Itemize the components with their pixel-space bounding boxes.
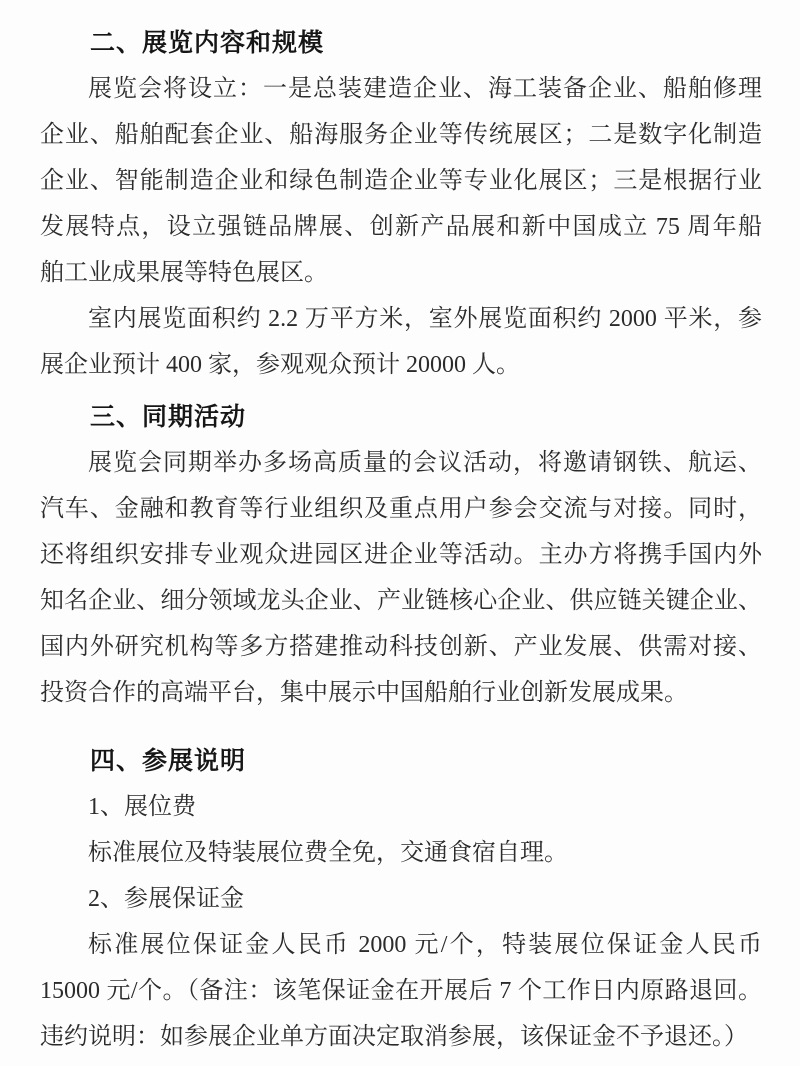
section-heading-exhibition-instructions: 四、参展说明 bbox=[40, 738, 762, 784]
paragraph-line: 展览会将设立：一是总装建造企业、海工装备企业、船舶修理 bbox=[40, 66, 762, 112]
paragraph-line: 还将组织安排专业观众进园区进企业等活动。主办方将携手国内外 bbox=[40, 532, 762, 578]
section-heading-concurrent-activities: 三、同期活动 bbox=[40, 394, 762, 440]
paragraph-line: 企业、智能制造企业和绿色制造企业等专业化展区；三是根据行业 bbox=[40, 158, 762, 204]
list-item-booth-fee: 1、展位费 bbox=[40, 784, 762, 830]
paragraph-line: 展览会同期举办多场高质量的会议活动，将邀请钢铁、航运、 bbox=[40, 440, 762, 486]
paragraph-line: 舶工业成果展等特色展区。 bbox=[40, 250, 762, 296]
paragraph-line: 投资合作的高端平台，集中展示中国船舶行业创新发展成果。 bbox=[40, 670, 762, 716]
paragraph-line: 室内展览面积约 2.2 万平方米，室外展览面积约 2000 平米，参 bbox=[40, 296, 762, 342]
paragraph-line: 企业、船舶配套企业、船海服务企业等传统展区；二是数字化制造 bbox=[40, 112, 762, 158]
paragraph-line: 展企业预计 400 家，参观观众预计 20000 人。 bbox=[40, 342, 762, 388]
paragraph-line: 国内外研究机构等多方搭建推动科技创新、产业发展、供需对接、 bbox=[40, 624, 762, 670]
paragraph-line: 知名企业、细分领域龙头企业、产业链核心企业、供应链关键企业、 bbox=[40, 578, 762, 624]
document-page: 二、展览内容和规模 展览会将设立：一是总装建造企业、海工装备企业、船舶修理 企业… bbox=[0, 0, 800, 1066]
section-heading-exhibition-content: 二、展览内容和规模 bbox=[40, 20, 762, 66]
paragraph-line: 标准展位保证金人民币 2000 元/个，特装展位保证金人民币 bbox=[40, 922, 762, 968]
paragraph-line: 违约说明：如参展企业单方面决定取消参展，该保证金不予退还。） bbox=[40, 1014, 762, 1060]
paragraph-line: 汽车、金融和教育等行业组织及重点用户参会交流与对接。同时， bbox=[40, 486, 762, 532]
list-item-deposit: 2、参展保证金 bbox=[40, 876, 762, 922]
paragraph-line: 发展特点，设立强链品牌展、创新产品展和新中国成立 75 周年船 bbox=[40, 204, 762, 250]
paragraph-line: 标准展位及特装展位费全免，交通食宿自理。 bbox=[40, 830, 762, 876]
paragraph-line: 15000 元/个。（备注：该笔保证金在开展后 7 个工作日内原路退回。 bbox=[40, 968, 762, 1014]
